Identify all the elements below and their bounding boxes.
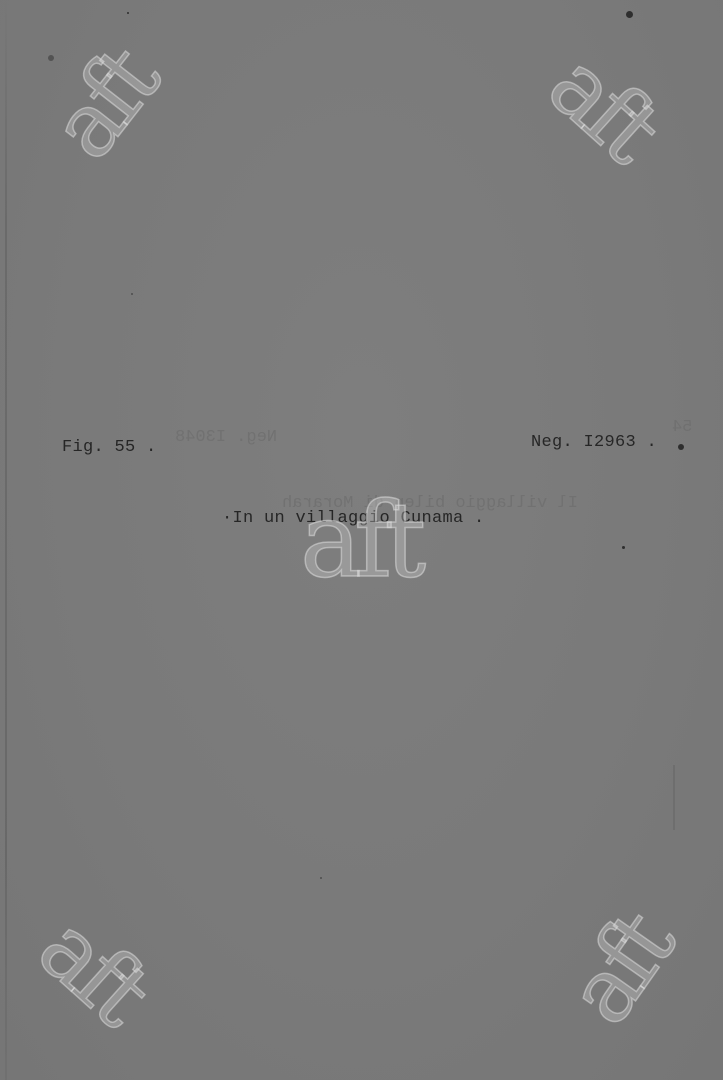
figure-label: Fig. 55 . <box>62 438 157 457</box>
watermark-center: aft <box>300 488 418 592</box>
paper-scratch <box>673 765 675 830</box>
scanned-document-page: Neg. I3048 Il villaggio bilen di Morarah… <box>0 0 723 1080</box>
bleed-through-negative-label: Neg. I3048 <box>175 428 277 447</box>
dust-speck <box>320 877 322 879</box>
watermark-bottom-left: aft <box>23 901 161 1038</box>
negative-number-label: Neg. I2963 . <box>531 433 657 452</box>
watermark-top-left: aft <box>37 36 173 174</box>
watermark-top-right: aft <box>533 38 671 175</box>
paper-edge-line <box>5 0 7 1080</box>
dust-speck <box>48 55 54 61</box>
dust-speck <box>127 12 129 14</box>
bleed-through-figure-number: 54 <box>672 418 692 437</box>
dust-speck <box>131 293 133 295</box>
dust-speck <box>678 444 684 450</box>
watermark-bottom-right: aft <box>554 901 688 1039</box>
dust-speck <box>626 11 633 18</box>
dust-speck <box>622 546 625 549</box>
